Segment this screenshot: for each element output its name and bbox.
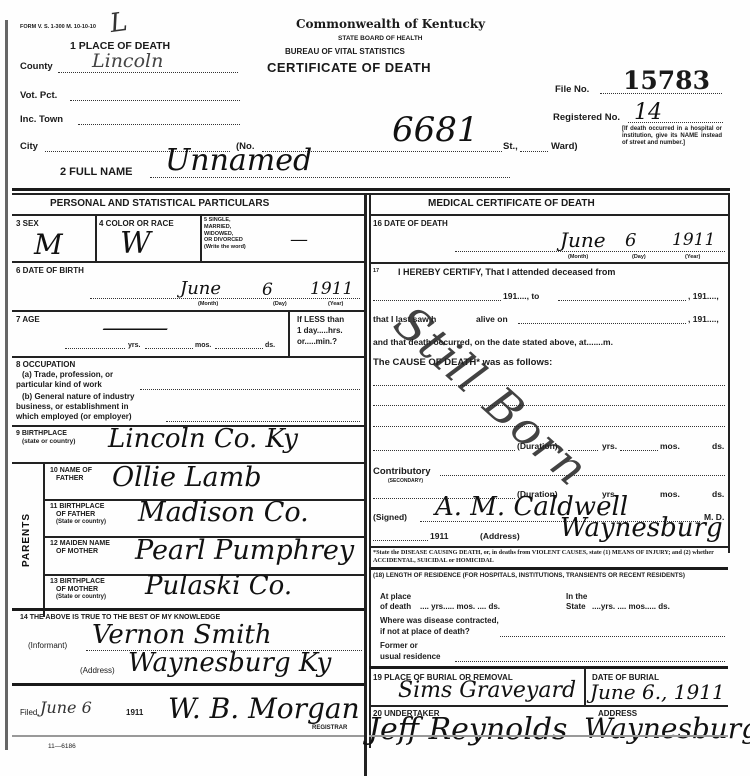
duration-mos-line — [620, 450, 658, 451]
dod-day-caption: (Day) — [632, 254, 646, 260]
father-birthplace-label: 11 BIRTHPLACE — [50, 503, 104, 510]
alive-on-line — [518, 323, 686, 324]
sig-date-line — [373, 540, 428, 541]
marital-label-line: OR DIVORCED — [204, 237, 246, 244]
birthplace-value: Lincoln Co. Ky — [108, 424, 298, 454]
parents-divider — [43, 462, 45, 617]
age-yrs-label: yrs. — [128, 342, 140, 349]
less-than-line: 1 day.....hrs. — [297, 325, 344, 336]
row-divider-thick — [12, 608, 364, 611]
medical-title-divider — [369, 214, 728, 216]
occupation-a-line: particular kind of work — [16, 380, 102, 389]
board-heading: STATE BOARD OF HEALTH — [338, 35, 423, 42]
row-divider — [12, 356, 364, 358]
age-value: — — [100, 316, 170, 341]
personal-section-title: PERSONAL AND STATISTICAL PARTICULARS — [50, 198, 269, 209]
cause-footnote: *State the DISEASE CAUSING DEATH, or, in… — [373, 549, 725, 565]
city-label: City — [20, 141, 38, 152]
dod-year: 1911 — [672, 230, 715, 250]
secondary-label: (SECONDARY) — [388, 478, 423, 484]
undertaker-value: Jeff Reynolds — [368, 712, 567, 747]
marital-label-line: WIDOWED, — [204, 231, 246, 238]
dod-year-caption: (Year) — [685, 254, 700, 260]
registered-no-value: 14 — [634, 100, 662, 125]
mother-birthplace-label: 13 BIRTHPLACE — [50, 578, 105, 585]
less-than-day: If LESS than 1 day.....hrs. or.....min.? — [297, 314, 344, 347]
dob-year-caption: (Year) — [328, 301, 343, 307]
age-ds-label: ds. — [265, 342, 275, 349]
bureau-heading: BUREAU OF VITAL STATISTICS — [285, 47, 405, 56]
age-label: 7 AGE — [16, 315, 40, 324]
footnote-divider — [369, 546, 728, 548]
file-no-value: 15783 — [623, 66, 710, 95]
vot-pct-label: Vot. Pct. — [20, 90, 57, 101]
residence-heading: (18) LENGTH OF RESIDENCE (FOR HOSPITALS,… — [373, 572, 725, 580]
dob-month: June — [180, 278, 221, 299]
sex-value: M — [34, 228, 63, 261]
bottom-divider-right — [369, 735, 728, 737]
undertaker-divider — [369, 705, 728, 707]
county-value: Lincoln — [92, 50, 163, 72]
certify-to-line — [558, 300, 686, 301]
contracted-label: Where was disease contracted, — [380, 616, 499, 625]
death-certificate: FORM V. S. 1-300 M. 10-10-10 1 PLACE OF … — [0, 0, 750, 776]
occupation-a-line: (a) Trade, profession, or — [22, 370, 113, 379]
contributory-label: Contributory — [373, 466, 431, 477]
father-birthplace-value: Madison Co. — [138, 497, 309, 528]
medical-section-title: MEDICAL CERTIFICATE OF DEATH — [428, 198, 595, 209]
registered-no-label: Registered No. — [553, 112, 620, 123]
header-divider — [12, 188, 730, 191]
sex-label: 3 SEX — [16, 219, 39, 228]
commonwealth-heading: Commonwealth of Kentucky — [296, 17, 485, 31]
dob-year: 1911 — [310, 279, 353, 299]
age-mos-line — [145, 348, 193, 349]
father-name-value: Ollie Lamb — [112, 462, 262, 493]
file-no-label: File No. — [555, 84, 589, 95]
certify-number: 17 — [373, 268, 379, 274]
inc-town-line — [78, 124, 240, 125]
full-name-value: Unnamed — [165, 143, 312, 178]
undertaker-address-value: Waynesburg Ky — [584, 712, 750, 745]
duration-mos-label: mos. — [660, 441, 680, 451]
dob-label: 6 DATE OF BIRTH — [16, 266, 84, 275]
mother-birthplace-label: (State or country) — [56, 594, 106, 600]
age-yrs-line — [65, 348, 125, 349]
dod-day: 6 — [625, 230, 636, 251]
in-state-label: State — [566, 602, 586, 611]
mother-name-label: OF MOTHER — [56, 548, 98, 555]
burial-place-value: Sims Graveyard — [398, 678, 576, 703]
certificate-title: CERTIFICATE OF DEATH — [267, 60, 431, 75]
former-residence-label: usual residence — [380, 652, 440, 661]
form-number: FORM V. S. 1-300 M. 10-10-10 — [20, 24, 96, 30]
dod-month-caption: (Month) — [568, 254, 588, 260]
burial-date-value: June 6., 1911 — [590, 680, 725, 704]
at-place-label: of death — [380, 602, 411, 611]
less-than-line: or.....min.? — [297, 336, 344, 347]
certify-line-2b: , 191...., — [688, 291, 719, 301]
occupation-a-line-dots — [140, 389, 360, 390]
cause-line-1 — [373, 385, 725, 386]
duration-yrs-label: yrs. — [602, 441, 617, 451]
dob-day: 6 — [262, 280, 273, 300]
marital-label-line: (Write the word) — [204, 244, 246, 251]
row-divider-thick — [12, 683, 364, 686]
vot-pct-line — [70, 100, 240, 101]
left-border — [5, 20, 8, 750]
mother-birthplace-value: Pulaski Co. — [145, 571, 292, 601]
in-state-duration: ....yrs. .... mos..... ds. — [592, 602, 670, 611]
row-divider — [369, 262, 728, 264]
sig-address-value: Waynesburg — [560, 513, 723, 543]
father-name-label: 10 NAME OF — [50, 467, 92, 474]
marital-label: 5 SINGLE, MARRIED, WIDOWED, OR DIVORCED … — [204, 217, 246, 251]
right-border — [728, 193, 730, 553]
personal-title-divider — [12, 214, 364, 216]
footer-code: 11—6186 — [48, 743, 76, 750]
ward-label: Ward) — [551, 141, 578, 152]
less-than-line: If LESS than — [297, 314, 344, 325]
county-line — [58, 72, 238, 73]
dob-day-caption: (Day) — [273, 301, 287, 307]
race-divider — [200, 214, 202, 262]
hospital-note: [If death occurred in a hospital or inst… — [622, 126, 722, 147]
age-mos-label: mos. — [195, 342, 211, 349]
filed-label: Filed — [20, 708, 37, 717]
race-value: W — [120, 226, 151, 261]
street-number: 6681 — [392, 110, 479, 150]
occupation-label: 8 OCCUPATION — [16, 360, 75, 369]
at-place-label: At place — [380, 592, 411, 601]
contracted-line — [500, 636, 725, 637]
date-of-death-label: 16 DATE OF DEATH — [373, 219, 448, 228]
registrar-signature: W. B. Morgan — [168, 692, 360, 725]
father-birthplace-label: (State or country) — [56, 519, 106, 525]
father-birthplace-label: OF FATHER — [56, 511, 95, 518]
full-name-label: 2 FULL NAME — [60, 166, 133, 178]
certify-from-line — [373, 300, 501, 301]
occupation-b-line-dots — [166, 421, 360, 422]
age-ds-line — [215, 348, 263, 349]
at-place-duration: .... yrs..... mos. .... ds. — [420, 602, 500, 611]
center-border-inner — [369, 193, 371, 748]
former-residence-line — [455, 661, 725, 662]
in-state-label: In the — [566, 592, 587, 601]
father-name-label: FATHER — [56, 475, 83, 482]
contributory-line — [440, 475, 725, 476]
bottom-divider — [12, 735, 364, 737]
occupation-b-line: business, or establishment in — [16, 402, 128, 411]
signed-label: (Signed) — [373, 512, 407, 522]
informant-label: (Informant) — [28, 641, 67, 650]
parents-label: PARENTS — [21, 513, 32, 567]
informant-address-label: (Address) — [80, 666, 115, 675]
contributory-ds-label: ds. — [712, 489, 724, 499]
occupation-b-line: which employed (or employer) — [16, 412, 132, 421]
marital-label-line: MARRIED, — [204, 224, 246, 231]
registrar-label: REGISTRAR — [312, 725, 347, 731]
dob-month-caption: (Month) — [198, 301, 218, 307]
row-divider — [12, 261, 364, 263]
age-divider — [288, 310, 290, 356]
row-divider — [12, 310, 364, 312]
dod-month: June — [560, 228, 606, 252]
footnote-bottom-divider — [369, 567, 728, 570]
sig-year: 1911 — [430, 531, 448, 541]
mother-birthplace-label: OF MOTHER — [56, 586, 98, 593]
marital-value: — — [290, 229, 308, 250]
filed-year: 1911 — [126, 708, 143, 717]
birthplace-sublabel: (state or country) — [22, 438, 75, 445]
ward-line — [520, 151, 548, 152]
contracted-label: if not at place of death? — [380, 627, 470, 636]
county-initial-flourish: L — [108, 7, 129, 39]
sig-address-label: (Address) — [480, 531, 520, 541]
mother-name-value: Pearl Pumphrey — [135, 535, 354, 566]
certify-line-1: I HEREBY CERTIFY, That I attended deceas… — [398, 267, 615, 277]
duration-ds-label: ds. — [712, 441, 724, 451]
sex-divider — [95, 214, 97, 262]
mother-name-label: 12 MAIDEN NAME — [50, 540, 110, 547]
occupation-b-line: (b) General nature of industry — [22, 392, 134, 401]
cause-line-2 — [373, 405, 725, 406]
burial-divider — [584, 669, 586, 705]
burial-top-divider — [369, 666, 728, 669]
certify-line-2a: 191...., to — [503, 291, 539, 301]
birthplace-label: 9 BIRTHPLACE — [16, 430, 67, 437]
header-divider-inner — [12, 193, 730, 195]
informant-address-value: Waynesburg Ky — [128, 648, 331, 678]
marital-label-line: 5 SINGLE, — [204, 217, 246, 224]
certify-line-3b: alive on — [476, 314, 508, 324]
former-residence-label: Former or — [380, 641, 418, 650]
center-border — [364, 193, 367, 776]
contributory-mos-label: mos. — [660, 489, 680, 499]
informant-value: Vernon Smith — [92, 620, 272, 650]
county-label: County — [20, 61, 53, 72]
certify-line-3c: , 191...., — [688, 314, 719, 324]
inc-town-label: Inc. Town — [20, 114, 63, 125]
filed-value: June 6 — [40, 698, 92, 717]
st-label: St., — [503, 141, 518, 152]
duration-line — [373, 450, 515, 451]
